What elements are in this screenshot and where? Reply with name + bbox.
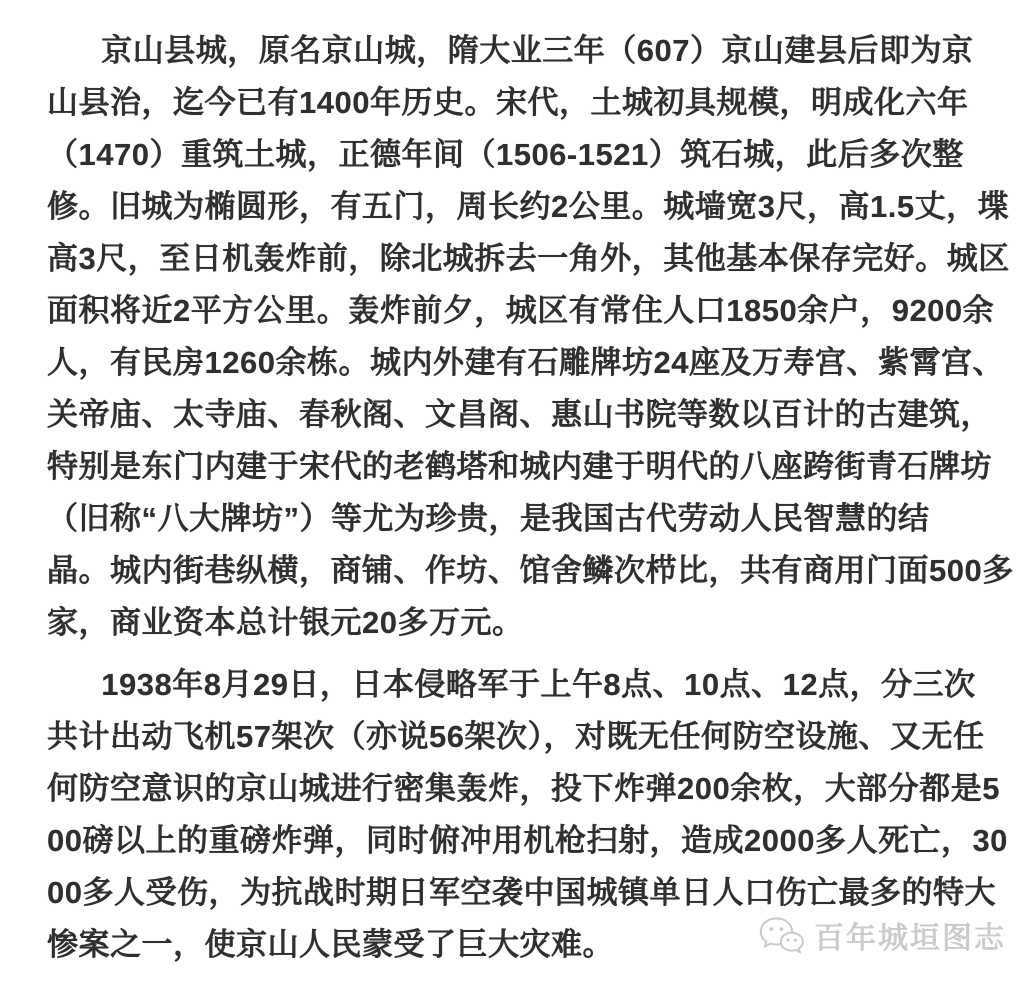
watermark: 百年城垣图志 — [758, 913, 1006, 957]
text-line: 家，商业资本总计银元20多万元。 — [47, 597, 992, 649]
text-line: 00磅以上的重磅炸弹，同时俯冲用机枪扫射，造成2000多人死亡，30 — [47, 815, 992, 867]
text-line: 京山县城，原名京山城，隋大业三年（607）京山建县后即为京 — [47, 25, 992, 77]
text-line: 特别是东门内建于宋代的老鹤塔和城内建于明代的八座跨街青石牌坊 — [47, 441, 992, 493]
document-page: 京山县城，原名京山城，隋大业三年（607）京山建县后即为京 山县治，迄今已有14… — [0, 0, 1032, 981]
text-line: 何防空意识的京山城进行密集轰炸，投下炸弹200余枚，大部分都是5 — [47, 763, 992, 815]
text-line: 00多人受伤，为抗战时期日军空袭中国城镇单日人口伤亡最多的特大 — [47, 867, 992, 919]
text-line: 修。旧城为椭圆形，有五门，周长约2公里。城墙宽3尺，高1.5丈，堞 — [47, 181, 992, 233]
text-line: 人，有民房1260余栋。城内外建有石雕牌坊24座及万寿宫、紫霄宫、 — [47, 337, 992, 389]
article-body: 京山县城，原名京山城，隋大业三年（607）京山建县后即为京 山县治，迄今已有14… — [47, 25, 992, 971]
text-line: 面积将近2平方公里。轰炸前夕，城区有常住人口1850余户，9200余 — [47, 285, 992, 337]
text-line: 山县治，迄今已有1400年历史。宋代，土城初具规模，明成化六年 — [47, 77, 992, 129]
text-line: 高3尺，至日机轰炸前，除北城拆去一角外，其他基本保存完好。城区 — [47, 233, 992, 285]
text-line: 关帝庙、太寺庙、春秋阁、文昌阁、惠山书院等数以百计的古建筑， — [47, 389, 992, 441]
text-line: 1938年8月29日，日本侵略军于上午8点、10点、12点，分三次 — [47, 659, 992, 711]
paragraph-history: 京山县城，原名京山城，隋大业三年（607）京山建县后即为京 山县治，迄今已有14… — [47, 25, 992, 649]
text-line: （1470）重筑土城，正德年间（1506-1521）筑石城，此后多次整 — [47, 129, 992, 181]
text-line: 晶。城内街巷纵横，商铺、作坊、馆舍鳞次栉比，共有商用门面500多 — [47, 545, 992, 597]
text-line: （旧称“八大牌坊”）等尤为珍贵，是我国古代劳动人民智慧的结 — [47, 493, 992, 545]
text-line: 共计出动飞机57架次（亦说56架次），对既无任何防空设施、又无任 — [47, 711, 992, 763]
watermark-label: 百年城垣图志 — [814, 913, 1006, 957]
wechat-icon — [758, 915, 804, 955]
